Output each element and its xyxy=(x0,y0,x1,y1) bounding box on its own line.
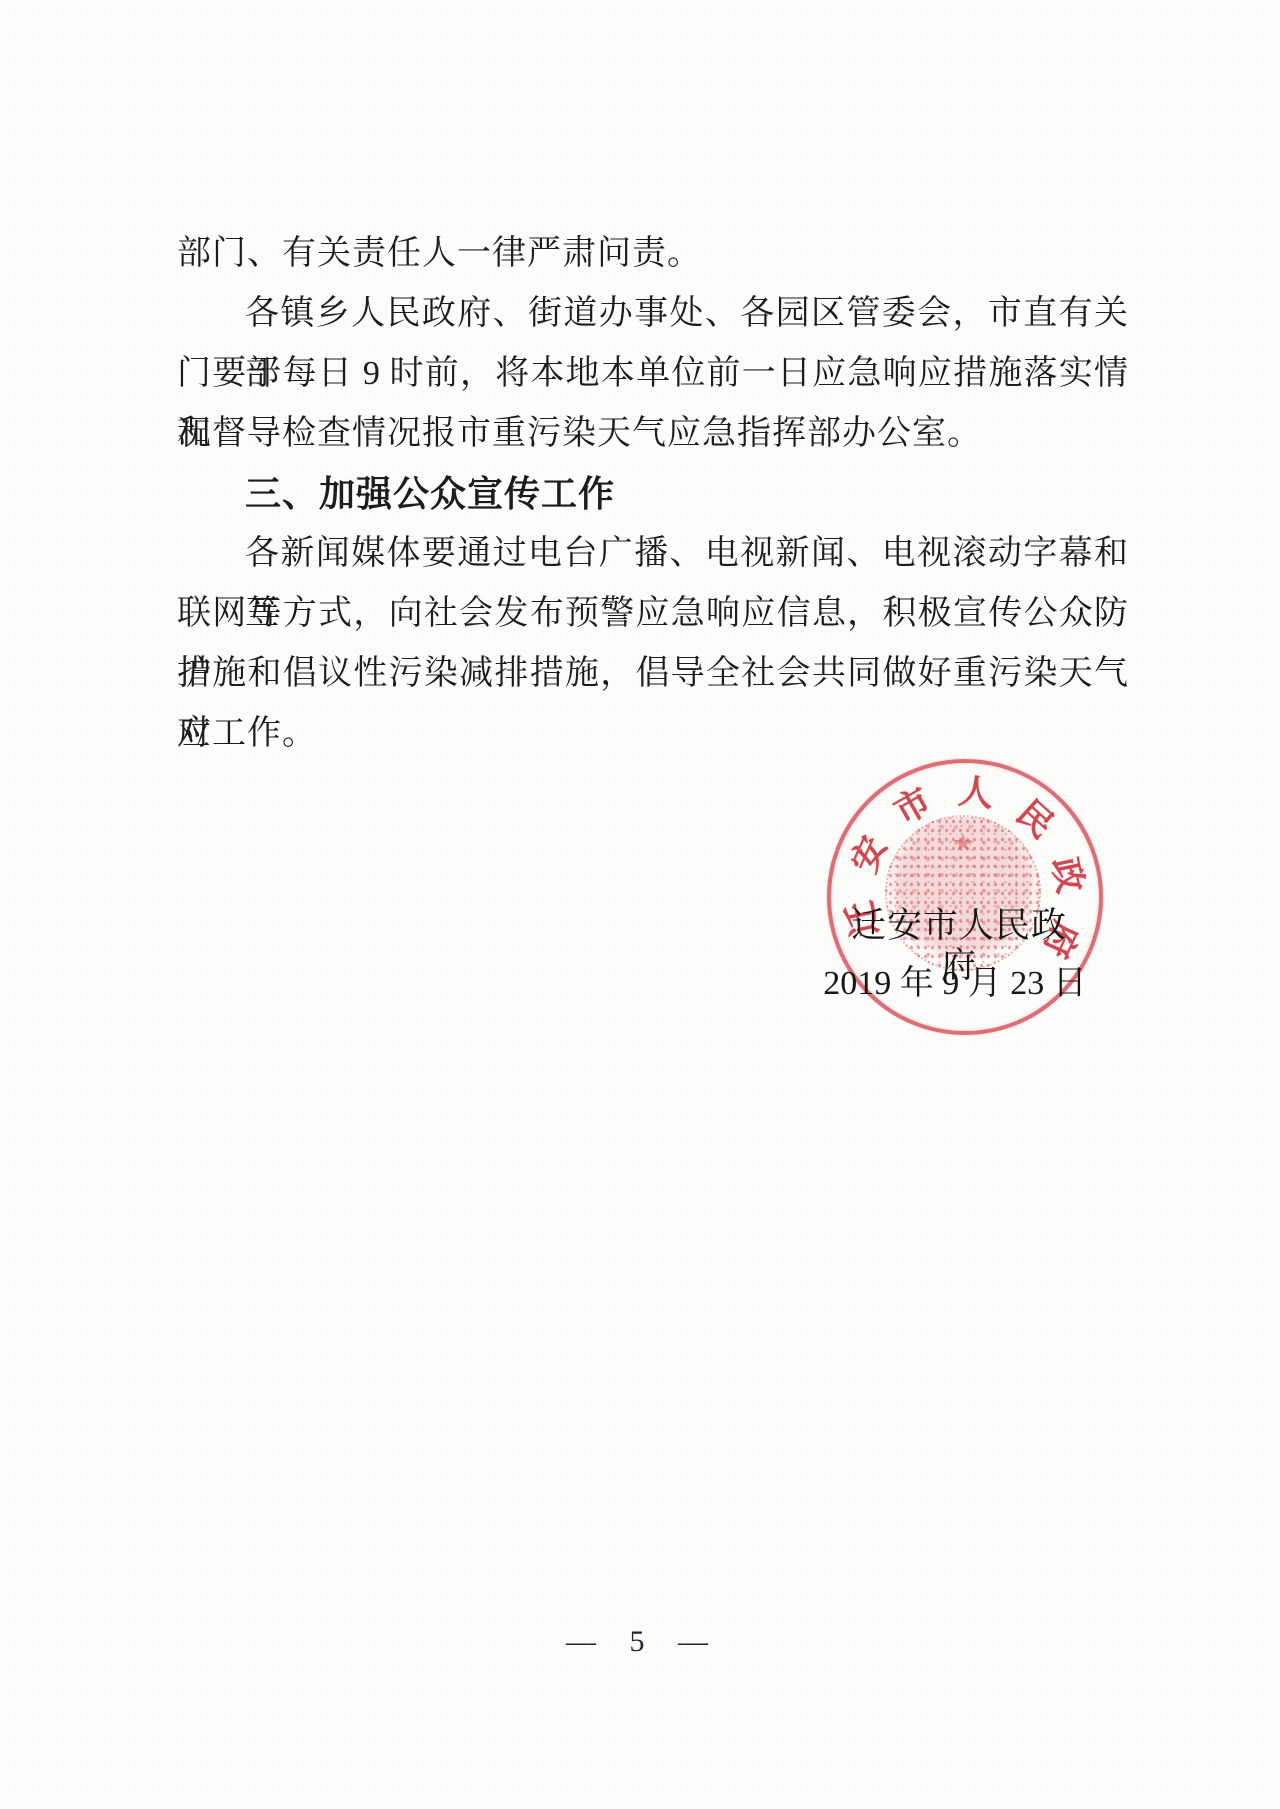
text-line: 各镇乡人民政府、街道办事处、各园区管委会，市直有关部 xyxy=(177,284,1128,344)
page-number: — 5 — xyxy=(0,1625,1280,1659)
star-icon xyxy=(953,833,973,853)
text-line: 联网等方式，向社会发布预警应急响应信息，积极宣传公众防护 xyxy=(177,584,1128,644)
text-line: 措施和倡议性污染减排措施，倡导全社会共同做好重污染天气应 xyxy=(177,644,1128,704)
document-body: 部门、有关责任人一律严肃问责。各镇乡人民政府、街道办事处、各园区管委会，市直有关… xyxy=(177,224,1128,764)
text-line: 门要于每日 9 时前，将本地本单位前一日应急响应措施落实情况 xyxy=(177,344,1128,404)
section-heading: 三、加强公众宣传工作 xyxy=(177,464,1128,524)
text-line: 各新闻媒体要通过电台广播、电视新闻、电视滚动字幕和互 xyxy=(177,524,1128,584)
issue-date: 2019 年 9 月 23 日 xyxy=(812,964,1098,1004)
seal-arc-character: 政 xyxy=(1044,853,1089,898)
document-page: 部门、有关责任人一律严肃问责。各镇乡人民政府、街道办事处、各园区管委会，市直有关… xyxy=(0,0,1280,1809)
seal-arc-character: 人 xyxy=(955,773,997,815)
text-line: 对工作。 xyxy=(177,704,1128,764)
text-line: 部门、有关责任人一律严肃问责。 xyxy=(177,224,1128,284)
text-line: 和督导检查情况报市重污染天气应急指挥部办公室。 xyxy=(177,404,1128,464)
